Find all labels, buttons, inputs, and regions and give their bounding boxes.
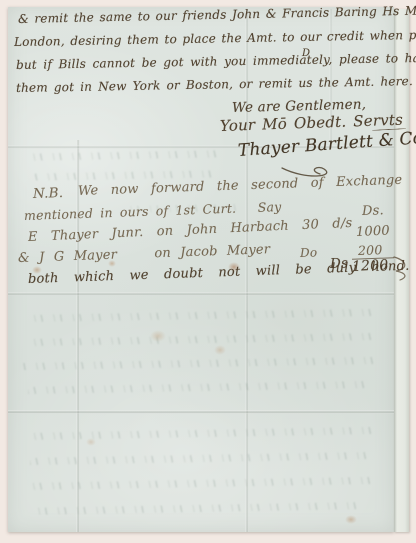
exchange-entry-1-amount: 1000 xyxy=(356,224,391,240)
exchange-entry-2-ditto: Do xyxy=(300,245,318,260)
currency-header: Ds. xyxy=(362,203,384,219)
correction-mark: D xyxy=(302,48,310,59)
letter-photo: & remit the same to our friends John & F… xyxy=(0,0,416,543)
exchange-entry-2-amount: 200 xyxy=(358,242,383,258)
nb-label: N.B. xyxy=(33,185,64,202)
